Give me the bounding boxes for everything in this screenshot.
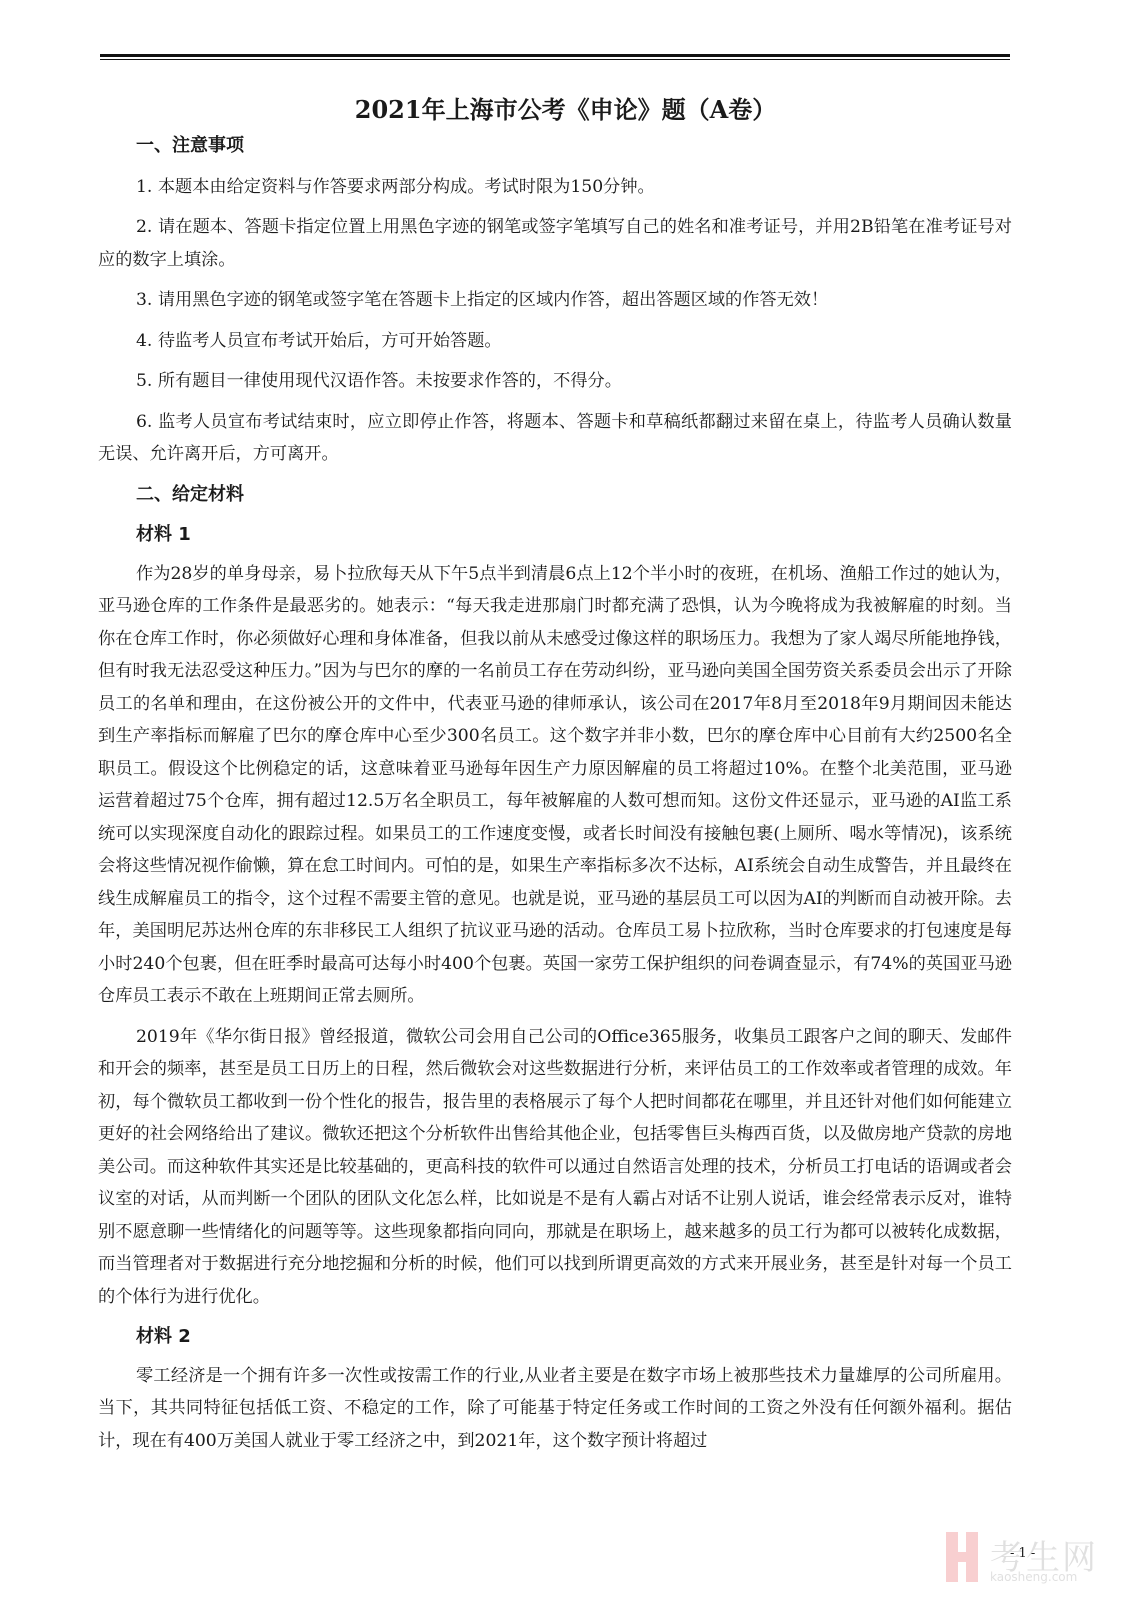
material-1-paragraph: 作为28岁的单身母亲，易卜拉欣每天从下午5点半到清晨6点上12个半小时的夜班，在… — [98, 558, 1012, 1013]
note-item: 2. 请在题本、答题卡指定位置上用黑色字迹的钢笔或签字笔填写自己的姓名和准考证号… — [98, 211, 1012, 276]
header-double-rule — [100, 54, 1010, 60]
watermark-logo-icon — [946, 1532, 984, 1582]
material-1-heading: 材料 1 — [136, 519, 1012, 552]
material-2-paragraph: 零工经济是一个拥有许多一次性或按需工作的行业,从业者主要是在数字市场上被那些技术… — [98, 1360, 1012, 1458]
page-number: - 1 - — [1010, 1546, 1035, 1561]
header-rule-thin — [100, 59, 1010, 60]
watermark-logo: 考生网 kaosheng.com — [946, 1530, 1126, 1590]
note-item: 3. 请用黑色字迹的钢笔或签字笔在答题卡上指定的区域内作答，超出答题区域的作答无… — [98, 284, 1012, 317]
document-title: 2021年上海市公考《申论》题（A卷） — [0, 90, 1131, 125]
note-item: 6. 监考人员宣布考试结束时，应立即停止作答，将题本、答题卡和草稿纸都翻过来留在… — [98, 406, 1012, 471]
section-heading-materials: 二、给定材料 — [136, 479, 1012, 512]
document-body: 一、注意事项 1. 本题本由给定资料与作答要求两部分构成。考试时限为150分钟。… — [98, 130, 1012, 1465]
watermark-subtext: kaosheng.com — [990, 1570, 1077, 1584]
note-item: 5. 所有题目一律使用现代汉语作答。未按要求作答的，不得分。 — [98, 365, 1012, 398]
section-heading-notes: 一、注意事项 — [136, 130, 1012, 163]
note-item: 1. 本题本由给定资料与作答要求两部分构成。考试时限为150分钟。 — [98, 171, 1012, 204]
note-item: 4. 待监考人员宣布考试开始后，方可开始答题。 — [98, 325, 1012, 358]
material-1-paragraph: 2019年《华尔街日报》曾经报道，微软公司会用自己公司的Office365服务，… — [98, 1021, 1012, 1314]
header-rule-thick — [100, 54, 1010, 57]
material-2-heading: 材料 2 — [136, 1321, 1012, 1354]
